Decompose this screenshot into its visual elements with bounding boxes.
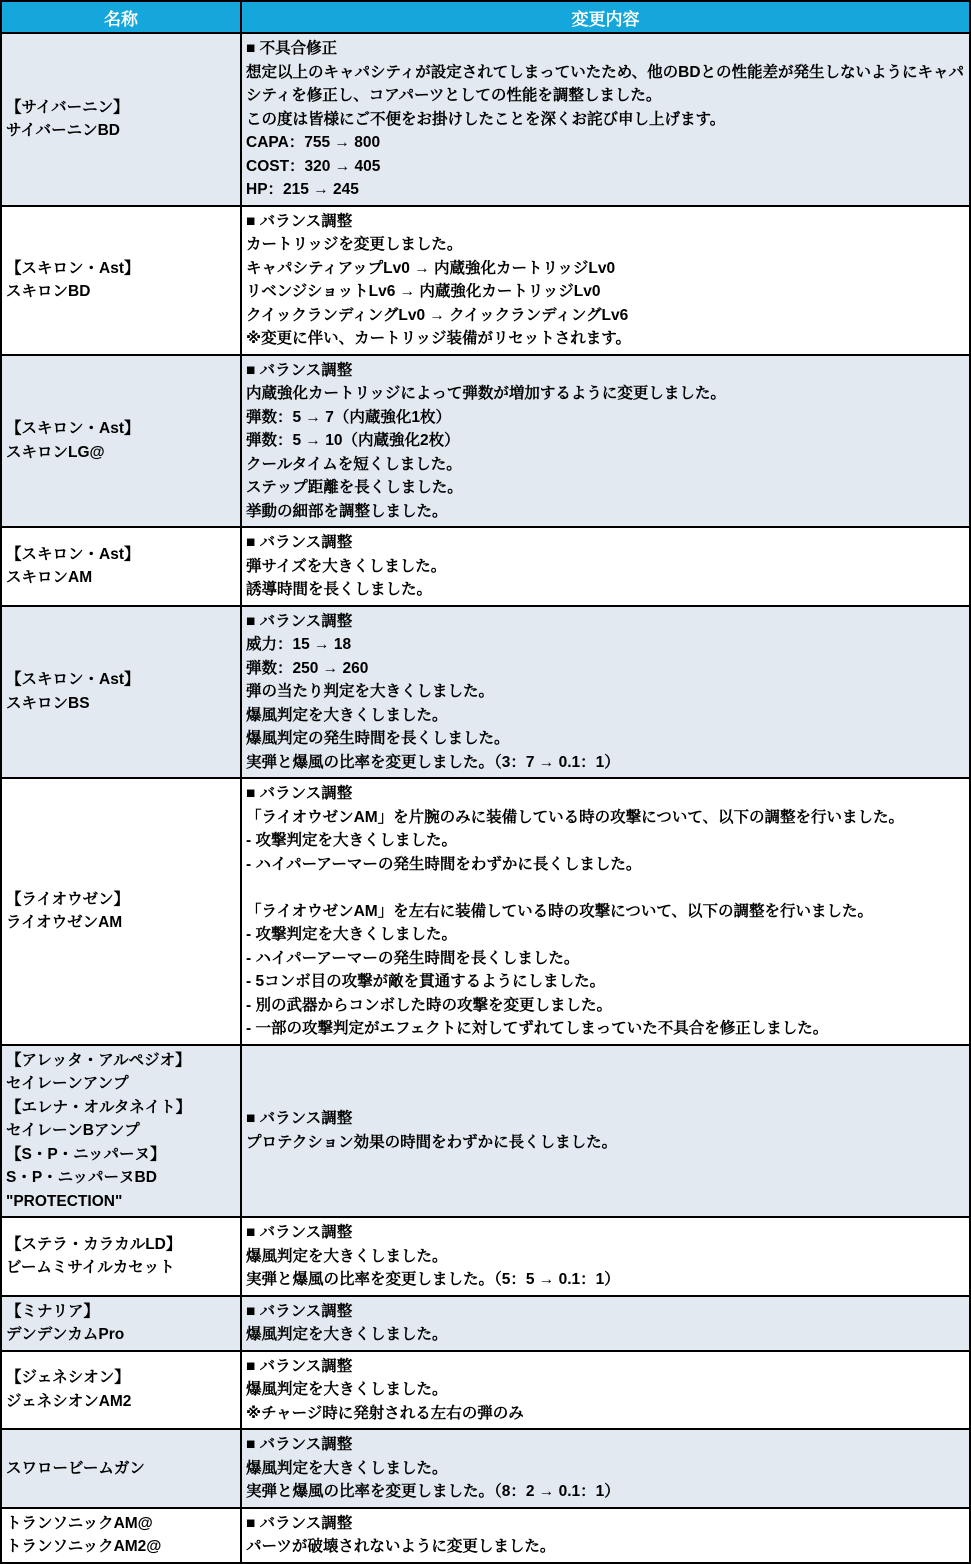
part-name-line: ライオウゼンAM [6,911,236,935]
part-name-line: "PROTECTION" [6,1190,236,1214]
part-name-line: 【ステラ・カラカルLD】 [6,1233,236,1257]
part-name-cell: 【スキロン・Ast】スキロンBD [1,206,241,355]
part-name-line: 【アレッタ・アルペジオ】 [6,1049,236,1073]
change-content-cell: ■ バランス調整プロテクション効果の時間をわずかに長くしました。 [241,1045,970,1218]
change-line: 実弾と爆風の比率を変更しました。（5：5 → 0.1：1） [246,1268,965,1292]
change-content-cell: ■ バランス調整カートリッジを変更しました。キャパシティアップLv0 → 内蔵強… [241,206,970,355]
part-name-line: 【スキロン・Ast】 [6,543,236,567]
change-line: - 一部の攻撃判定がエフェクトに対してずれてしまっていた不具合を修正しました。 [246,1017,965,1041]
part-name-line: S・P・ニッパーヌBD [6,1166,236,1190]
part-name-cell: トランソニックAM@トランソニックAM2@ [1,1508,241,1563]
part-name-line: 【スキロン・Ast】 [6,417,236,441]
table-row: 【ミナリア】デンデンカムPro ■ バランス調整爆風判定を大きくしました。 [1,1296,970,1351]
table-row: 【ジェネシオン】ジェネシオンAM2 ■ バランス調整爆風判定を大きくしました。※… [1,1351,970,1430]
change-line: 内蔵強化カートリッジによって弾数が増加するように変更しました。 [246,382,965,406]
table-row: 【アレッタ・アルペジオ】セイレーンアンプ【エレナ・オルタネイト】セイレーンBアン… [1,1045,970,1218]
change-line: 爆風判定を大きくしました。 [246,1323,965,1347]
change-line [246,876,965,900]
table-row: 【スキロン・Ast】スキロンLG@ ■ バランス調整内蔵強化カートリッジによって… [1,355,970,528]
change-content-cell: ■ バランス調整パーツが破壊されないように変更しました。 [241,1508,970,1563]
part-name-cell: スワロービームガン [1,1429,241,1508]
part-name-line: 【スキロン・Ast】 [6,668,236,692]
table-row: 【スキロン・Ast】スキロンBD ■ バランス調整カートリッジを変更しました。キ… [1,206,970,355]
table-header: 名称 変更内容 [1,1,970,33]
part-name-line: 【ジェネシオン】 [6,1366,236,1390]
part-name-line: セイレーンBアンプ [6,1119,236,1143]
part-name-line: スワロービームガン [6,1457,236,1481]
change-line: 弾数：250 → 260 [246,657,965,681]
change-line: ※チャージ時に発射される左右の弾のみ [246,1402,965,1426]
column-header-changes: 変更内容 [241,1,970,33]
part-name-line: セイレーンアンプ [6,1072,236,1096]
change-content-cell: ■ バランス調整「ライオウゼンAM」を片腕のみに装備している時の攻撃について、以… [241,778,970,1045]
part-name-cell: 【ステラ・カラカルLD】ビームミサイルカセット [1,1217,241,1296]
part-name-line: トランソニックAM@ [6,1512,236,1536]
change-content-cell: ■ バランス調整弾サイズを大きくしました。誘導時間を長くしました。 [241,527,970,606]
change-line: - 攻撃判定を大きくしました。 [246,829,965,853]
change-content-cell: ■ バランス調整爆風判定を大きくしました。実弾と爆風の比率を変更しました。（8：… [241,1429,970,1508]
change-line: 実弾と爆風の比率を変更しました。（8：2 → 0.1：1） [246,1480,965,1504]
change-content-cell: ■ バランス調整爆風判定を大きくしました。※チャージ時に発射される左右の弾のみ [241,1351,970,1430]
change-line: - 攻撃判定を大きくしました。 [246,923,965,947]
change-content-cell: ■ バランス調整爆風判定を大きくしました。 [241,1296,970,1351]
part-name-line: 【スキロン・Ast】 [6,257,236,281]
change-line: 弾サイズを大きくしました。 [246,555,965,579]
part-name-line: スキロンAM [6,566,236,590]
part-name-line: 【ミナリア】 [6,1300,236,1324]
change-content-cell: ■ バランス調整爆風判定を大きくしました。実弾と爆風の比率を変更しました。（5：… [241,1217,970,1296]
table-body: 【サイバーニン】サイバーニンBD ■ 不具合修正想定以上のキャパシティが設定され… [1,33,970,1563]
part-name-cell: 【ライオウゼン】ライオウゼンAM [1,778,241,1045]
table-row: 【ライオウゼン】ライオウゼンAM ■ バランス調整「ライオウゼンAM」を片腕のみ… [1,778,970,1045]
change-line: クイックランディングLv0 → クイックランディングLv6 [246,304,965,328]
change-line: キャパシティアップLv0 → 内蔵強化カートリッジLv0 [246,257,965,281]
part-name-cell: 【アレッタ・アルペジオ】セイレーンアンプ【エレナ・オルタネイト】セイレーンBアン… [1,1045,241,1218]
patch-notes-table: 名称 変更内容 【サイバーニン】サイバーニンBD ■ 不具合修正想定以上のキャパ… [0,0,971,1564]
column-header-name: 名称 [1,1,241,33]
part-name-line: デンデンカムPro [6,1323,236,1347]
change-line: 爆風判定を大きくしました。 [246,1245,965,1269]
change-line: 爆風判定を大きくしました。 [246,704,965,728]
change-line: COST：320 → 405 [246,155,965,179]
change-line: - ハイパーアーマーの発生時間を長くしました。 [246,947,965,971]
table-row: 【サイバーニン】サイバーニンBD ■ 不具合修正想定以上のキャパシティが設定され… [1,33,970,206]
part-name-line: 【エレナ・オルタネイト】 [6,1096,236,1120]
change-line: 「ライオウゼンAM」を左右に装備している時の攻撃について、以下の調整を行いました… [246,900,965,924]
change-line: 爆風判定の発生時間を長くしました。 [246,727,965,751]
change-line: ■ バランス調整 [246,359,965,383]
change-line: ■ バランス調整 [246,1107,965,1131]
change-line: 誘導時間を長くしました。 [246,578,965,602]
change-line: 実弾と爆風の比率を変更しました。（3：7 → 0.1：1） [246,751,965,775]
change-line: - ハイパーアーマーの発生時間をわずかに長くしました。 [246,853,965,877]
change-line: ■ バランス調整 [246,782,965,806]
change-content-cell: ■ バランス調整内蔵強化カートリッジによって弾数が増加するように変更しました。弾… [241,355,970,528]
change-line: 挙動の細部を調整しました。 [246,500,965,524]
part-name-cell: 【ミナリア】デンデンカムPro [1,1296,241,1351]
change-line: 「ライオウゼンAM」を片腕のみに装備している時の攻撃について、以下の調整を行いま… [246,806,965,830]
change-line: 想定以上のキャパシティが設定されてしまっていたため、他のBDとの性能差が発生しな… [246,61,965,108]
part-name-cell: 【ジェネシオン】ジェネシオンAM2 [1,1351,241,1430]
change-line: パーツが破壊されないように変更しました。 [246,1535,965,1559]
table-row: 【スキロン・Ast】スキロンBS ■ バランス調整威力：15 → 18弾数：25… [1,606,970,779]
change-line: リベンジショットLv6 → 内蔵強化カートリッジLv0 [246,280,965,304]
part-name-line: スキロンBD [6,280,236,304]
part-name-line: 【サイバーニン】 [6,96,236,120]
part-name-cell: 【スキロン・Ast】スキロンAM [1,527,241,606]
part-name-line: ビームミサイルカセット [6,1256,236,1280]
change-line: 威力：15 → 18 [246,633,965,657]
part-name-cell: 【スキロン・Ast】スキロンBS [1,606,241,779]
part-name-line: サイバーニンBD [6,119,236,143]
table-row: 【スキロン・Ast】スキロンAM ■ バランス調整弾サイズを大きくしました。誘導… [1,527,970,606]
part-name-line: トランソニックAM2@ [6,1535,236,1559]
change-line: HP：215 → 245 [246,178,965,202]
change-line: クールタイムを短くしました。 [246,453,965,477]
part-name-line: スキロンLG@ [6,441,236,465]
part-name-cell: 【サイバーニン】サイバーニンBD [1,33,241,206]
table-row: トランソニックAM@トランソニックAM2@ ■ バランス調整パーツが破壊されない… [1,1508,970,1563]
change-line: この度は皆様にご不便をお掛けしたことを深くお詫び申し上げます。 [246,108,965,132]
change-line: 爆風判定を大きくしました。 [246,1378,965,1402]
change-line: ■ バランス調整 [246,1355,965,1379]
part-name-line: 【ライオウゼン】 [6,888,236,912]
patch-notes-page: 名称 変更内容 【サイバーニン】サイバーニンBD ■ 不具合修正想定以上のキャパ… [0,0,971,1564]
part-name-line: 【S・P・ニッパーヌ】 [6,1143,236,1167]
change-line: 弾数：5 → 7（内蔵強化1枚） [246,406,965,430]
change-line: ■ バランス調整 [246,610,965,634]
change-line: ※変更に伴い、カートリッジ装備がリセットされます。 [246,327,965,351]
part-name-cell: 【スキロン・Ast】スキロンLG@ [1,355,241,528]
table-row: スワロービームガン ■ バランス調整爆風判定を大きくしました。実弾と爆風の比率を… [1,1429,970,1508]
part-name-line: スキロンBS [6,692,236,716]
change-line: CAPA：755 → 800 [246,131,965,155]
change-line: - 5コンボ目の攻撃が敵を貫通するようにしました。 [246,970,965,994]
change-line: ■ バランス調整 [246,1433,965,1457]
table-row: 【ステラ・カラカルLD】ビームミサイルカセット ■ バランス調整爆風判定を大きく… [1,1217,970,1296]
change-line: ■ バランス調整 [246,210,965,234]
header-row: 名称 変更内容 [1,1,970,33]
part-name-line: ジェネシオンAM2 [6,1390,236,1414]
change-line: 爆風判定を大きくしました。 [246,1457,965,1481]
change-line: - 別の武器からコンボした時の攻撃を変更しました。 [246,994,965,1018]
change-content-cell: ■ バランス調整威力：15 → 18弾数：250 → 260弾の当たり判定を大き… [241,606,970,779]
change-content-cell: ■ 不具合修正想定以上のキャパシティが設定されてしまっていたため、他のBDとの性… [241,33,970,206]
change-line: ■ バランス調整 [246,1300,965,1324]
change-line: 弾の当たり判定を大きくしました。 [246,680,965,704]
change-line: 弾数：5 → 10（内蔵強化2枚） [246,429,965,453]
change-line: ■ バランス調整 [246,1512,965,1536]
change-line: カートリッジを変更しました。 [246,233,965,257]
change-line: ■ 不具合修正 [246,37,965,61]
change-line: ステップ距離を長くしました。 [246,476,965,500]
change-line: プロテクション効果の時間をわずかに長くしました。 [246,1131,965,1155]
change-line: ■ バランス調整 [246,1221,965,1245]
change-line: ■ バランス調整 [246,531,965,555]
